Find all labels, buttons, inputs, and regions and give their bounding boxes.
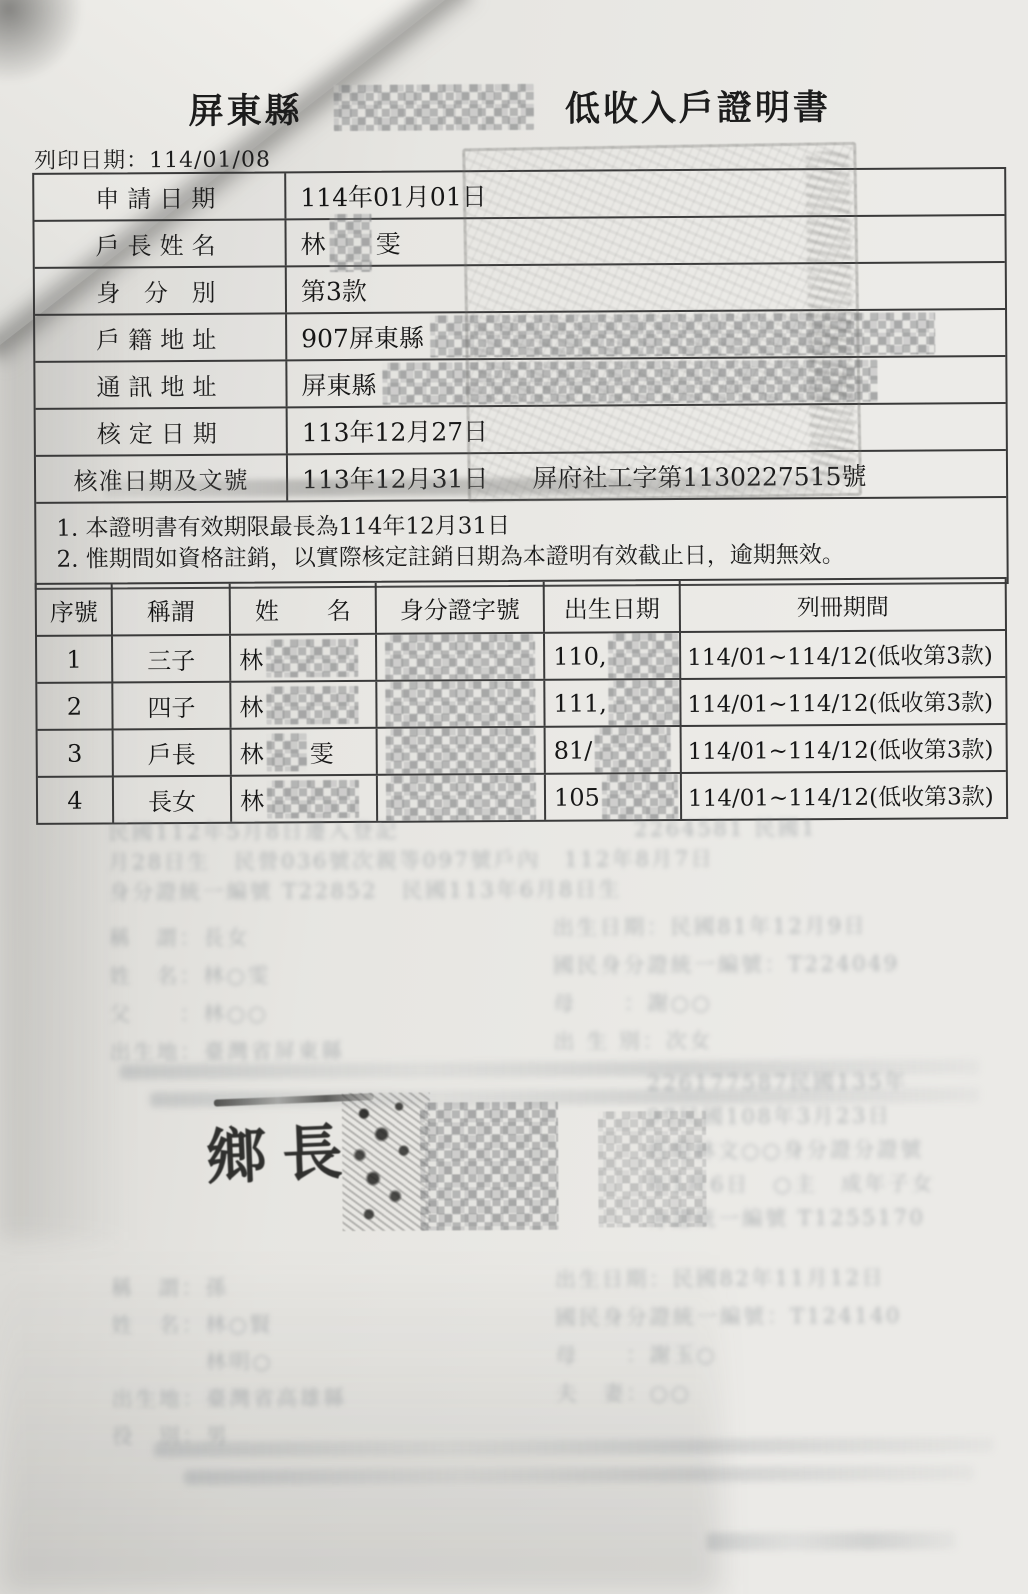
member-id [376,728,544,774]
redacted-birth [609,680,680,725]
member-period: 114/01~114/12(低收第3款) [680,725,1006,772]
member-birth: 110, [543,633,679,679]
bleed-through-text: 身分證統一編號 T22852 民國113年6月8日生 [108,871,622,910]
redacted-district [334,84,534,131]
name-prefix: 林 [301,225,326,261]
member-name: 林 [229,682,375,728]
bleed-through-text: 國民身分證統一編號：T124140 [555,1298,902,1336]
bleed-through-text: 姓 名：林○賢 [111,1306,273,1343]
header-birth: 出生日期 [543,581,679,632]
member-relation: 三子 [111,636,229,682]
header-no: 序號 [37,584,111,634]
redacted-birth [608,633,679,678]
member-relation: 戶長 [112,730,230,776]
row-label: 申請日期 [34,173,286,220]
bleed-through-line [706,1531,956,1551]
name-suffix: 雯 [310,734,334,769]
row-value: 907屏東縣 [287,310,1005,359]
member-birth: 111, [543,680,679,726]
row-value: 林 雯 [286,216,1004,265]
member-no: 4 [38,777,112,822]
row-value: 第3款 [287,263,1005,312]
photographed-document: 屏東縣 低收入戶證明書 列印日期：114/01/08 申請日期 114年01月0… [0,0,1028,1594]
name-suffix: 雯 [376,224,401,260]
member-relation: 四子 [111,683,229,729]
member-id [375,634,543,680]
notes: 1. 本證明書有效期限最長為114年12月31日 2. 惟期間如資格註銷，以實際… [36,496,1007,588]
redacted-id [385,681,535,727]
member-birth: 81/ [544,727,680,773]
member-period: 114/01~114/12(低收第3款) [679,678,1005,725]
member-table: 序號 稱謂 姓 名 身分證字號 出生日期 列冊期間 1 三子 林 110, [35,577,1008,825]
header-id: 身分證字號 [375,582,543,633]
signature-ink [342,1093,431,1232]
bleed-through-line [154,1437,994,1457]
info-row-approval-doc: 核准日期及文號 113年12月31日 屏府社工字第1130227515號 [36,449,1006,502]
title-county: 屏東縣 [188,90,302,132]
member-no: 3 [38,730,112,775]
member-id [375,681,543,727]
redacted-address [430,312,935,357]
name-prefix: 林 [240,782,264,817]
member-no: 1 [37,636,111,681]
info-row-approval-date: 核定日期 113年12月27日 [36,402,1006,455]
bleed-through-text: 父 ：林○○ [109,996,268,1033]
address-prefix: 907屏東縣 [301,318,424,355]
header-relation: 稱謂 [111,584,229,635]
birth-prefix: 110, [553,642,607,670]
name-prefix: 林 [240,735,264,770]
birth-prefix: 105 [554,783,600,811]
redacted-birth [594,727,670,772]
member-row: 1 三子 林 110, 114/01~114/12(低收第3款) [37,629,1005,682]
birth-prefix: 81/ [554,736,593,764]
redacted-name [266,685,358,724]
redacted-id [385,634,535,680]
birth-prefix: 111, [553,689,607,717]
row-label: 戶籍地址 [35,314,287,361]
bleed-through-line [184,1465,974,1485]
row-label: 戶長姓名 [34,220,286,267]
bleed-through-text: 母 ：謝玉○ [555,1337,717,1374]
info-row-head-name: 戶長姓名 林 雯 [34,214,1004,267]
category-value: 第3款 [301,271,367,307]
document-content: 屏東縣 低收入戶證明書 列印日期：114/01/08 申請日期 114年01月0… [0,0,1028,1594]
member-name: 林 雯 [230,729,376,775]
doc-number: 屏府社工字第1130227515號 [532,456,866,494]
info-row-apply-date: 申請日期 114年01月01日 [34,169,1004,220]
row-value: 屏東縣 [287,357,1005,406]
bleed-through-text: 出 生 別：次女 [553,1023,713,1060]
print-date: 列印日期：114/01/08 [34,142,271,174]
header-name: 姓 名 [229,583,375,634]
bleed-through-text: 林明○ [111,1343,273,1380]
member-row: 3 戶長 林 雯 81/ 114/01~114/12(低收第3款) [38,723,1006,776]
member-table-header: 序號 稱謂 姓 名 身分證字號 出生日期 列冊期間 [37,579,1005,635]
approval-date: 113年12月27日 [302,412,489,449]
name-prefix: 林 [239,688,263,723]
info-row-category: 身 分 別 第3款 [35,261,1005,314]
row-value: 113年12月27日 [288,404,1006,453]
row-label: 核准日期及文號 [36,455,288,502]
address-prefix: 屏東縣 [301,365,376,401]
row-label: 通訊地址 [35,361,287,408]
row-label: 身 分 別 [35,267,287,314]
row-value: 113年12月31日 屏府社工字第1130227515號 [288,451,1006,500]
info-table: 申請日期 114年01月01日 戶長姓名 林 雯 身 分 別 第3款 [32,167,1009,590]
redacted-name-char [329,213,371,271]
document-title: 屏東縣 低收入戶證明書 [0,79,1024,135]
header-period: 列冊期間 [679,579,1005,631]
bleed-through-text: 母 ：謝○○ [553,985,712,1022]
row-label: 核定日期 [36,408,288,455]
bleed-through-text: 出生地：臺灣省高雄縣 [112,1380,347,1417]
redacted-id [386,728,536,774]
bleed-through-text: 姓 名：林○雯 [109,957,271,994]
bleed-through-text: 國民身分證統一編號：T224049 [553,946,900,984]
bleed-through-text: 稱 謂：長女 [109,920,250,957]
bleed-through-text: 夫 妻：○○ [556,1375,692,1412]
redacted-name [266,638,358,677]
redacted-signature [420,1102,559,1231]
member-name: 林 [229,635,375,681]
title-certificate: 低收入戶證明書 [565,87,831,130]
bleed-through-text: 稱 謂：孫 [111,1270,229,1307]
doc-date: 113年12月31日 [302,459,489,496]
mayor-stamp-title: 鄉長 [204,1104,359,1196]
info-row-mailing-address: 通訊地址 屏東縣 [35,355,1005,408]
member-no: 2 [37,683,111,728]
name-prefix: 林 [239,641,263,676]
row-value: 114年01月01日 [286,169,1004,218]
bleed-through-text: 出生日期：民國82年11月12日 [555,1260,885,1298]
bleed-through-text: 出生日期：民國81年12月9日 [553,908,868,946]
redacted-signature [598,1111,707,1228]
redacted-address [382,359,877,404]
member-period: 114/01~114/12(低收第3款) [679,631,1005,678]
member-row: 2 四子 林 111, 114/01~114/12(低收第3款) [37,676,1005,729]
redacted-name-char [267,733,307,771]
apply-date: 114年01月01日 [300,177,487,214]
note-line-2: 2. 惟期間如資格註銷，以實際核定註銷日期為本證明有效截止日，逾期無效。 [56,539,1006,576]
info-row-registered-address: 戶籍地址 907屏東縣 [35,308,1005,361]
bleed-through-text: 226177587民國135年 [647,1064,908,1102]
